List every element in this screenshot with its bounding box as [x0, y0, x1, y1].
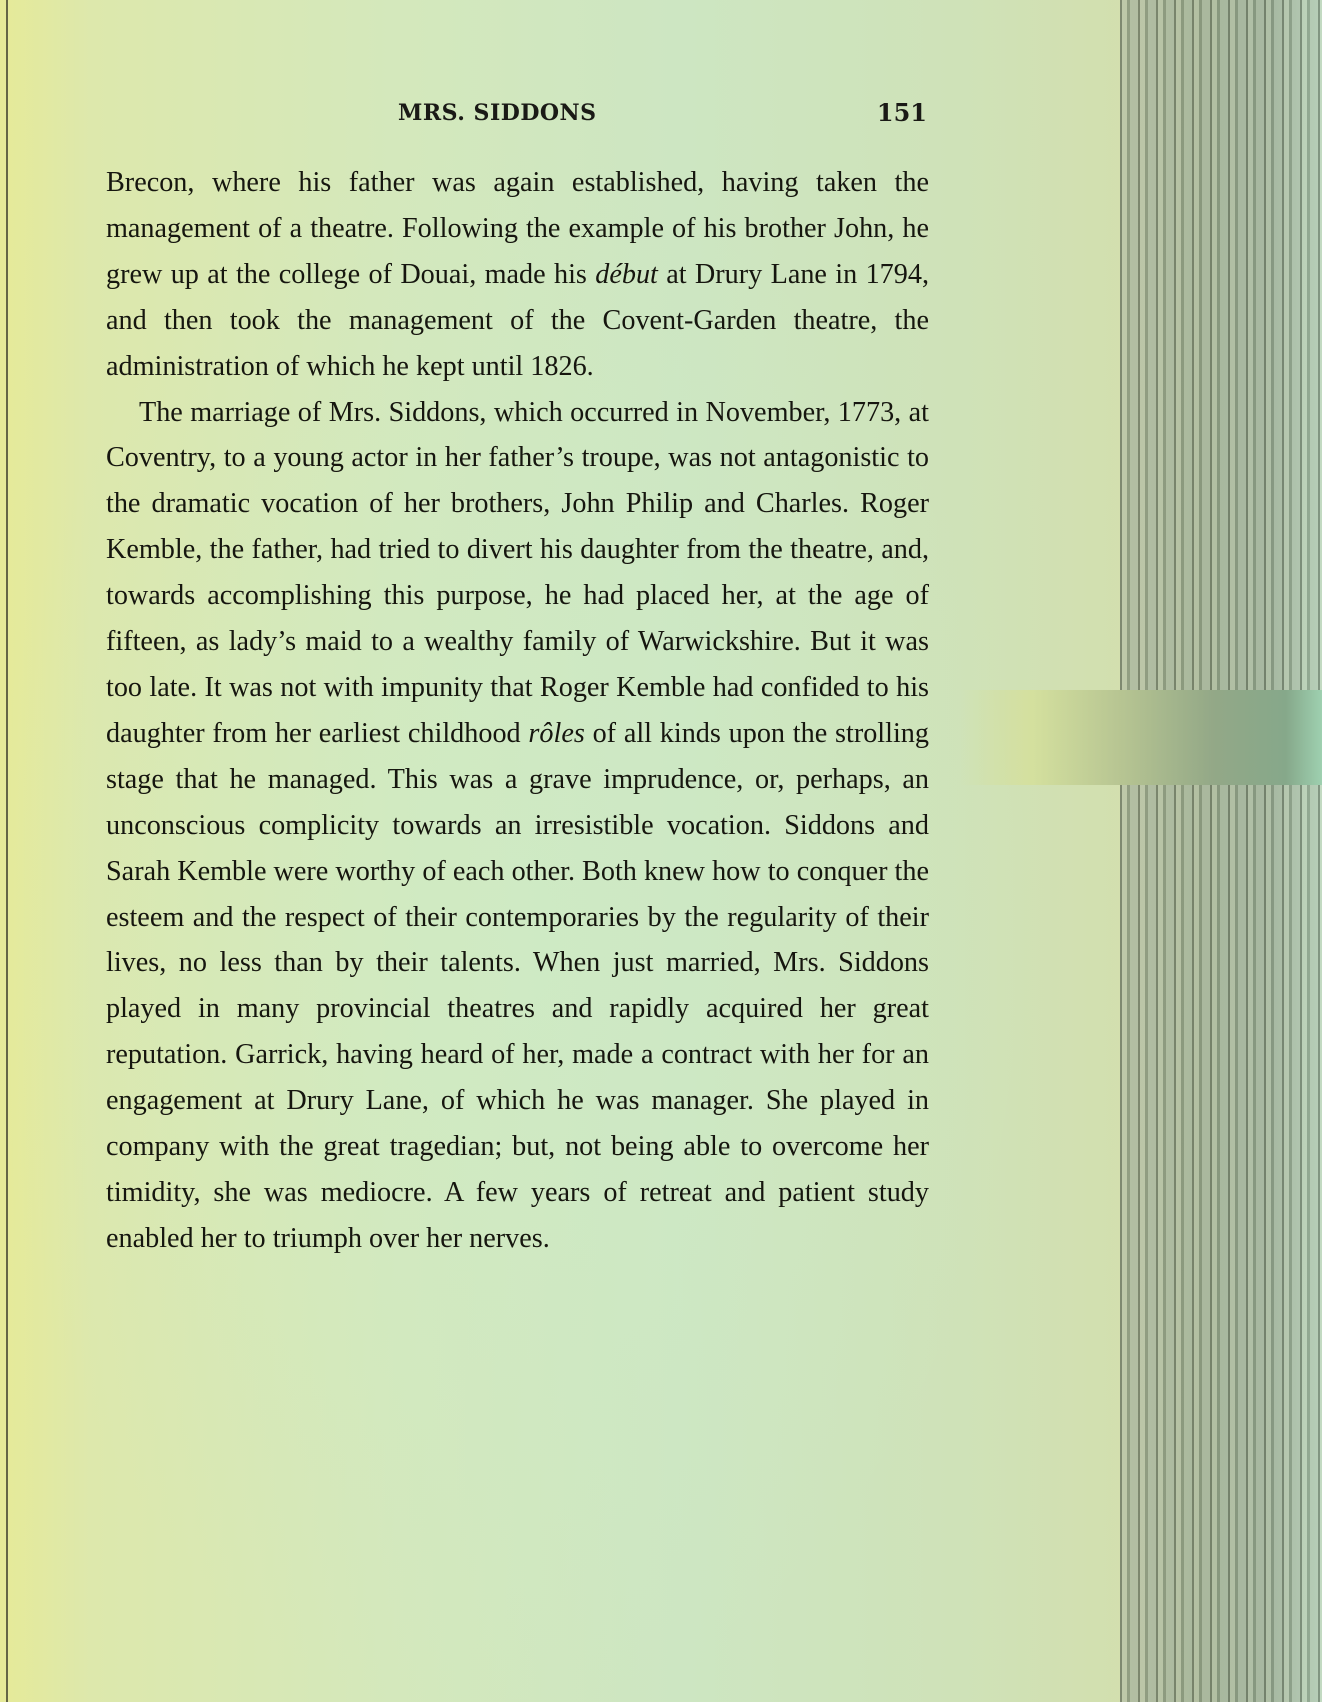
- book-page: MRS. SIDDONS 151 Brecon, where his fathe…: [0, 0, 1130, 1702]
- italic-word-debut: début: [595, 259, 658, 290]
- paragraph-1: Brecon, where his father was again estab…: [106, 160, 929, 390]
- body-text: Brecon, where his father was again estab…: [106, 160, 929, 1262]
- paragraph-2-text-a: The marriage of Mrs. Siddons, which occu…: [106, 397, 929, 749]
- running-title: MRS. SIDDONS: [398, 100, 597, 126]
- page-edges-blur-band: [960, 690, 1322, 785]
- paragraph-2: The marriage of Mrs. Siddons, which occu…: [106, 390, 929, 1262]
- book-page-edges: [1120, 0, 1322, 1702]
- paragraph-2-text-b: of all kinds upon the strolling stage th…: [106, 718, 929, 1254]
- page-number: 151: [877, 98, 927, 127]
- italic-word-roles: rôles: [528, 718, 584, 749]
- page-gutter-line: [6, 0, 8, 1702]
- running-head: MRS. SIDDONS 151: [100, 100, 930, 130]
